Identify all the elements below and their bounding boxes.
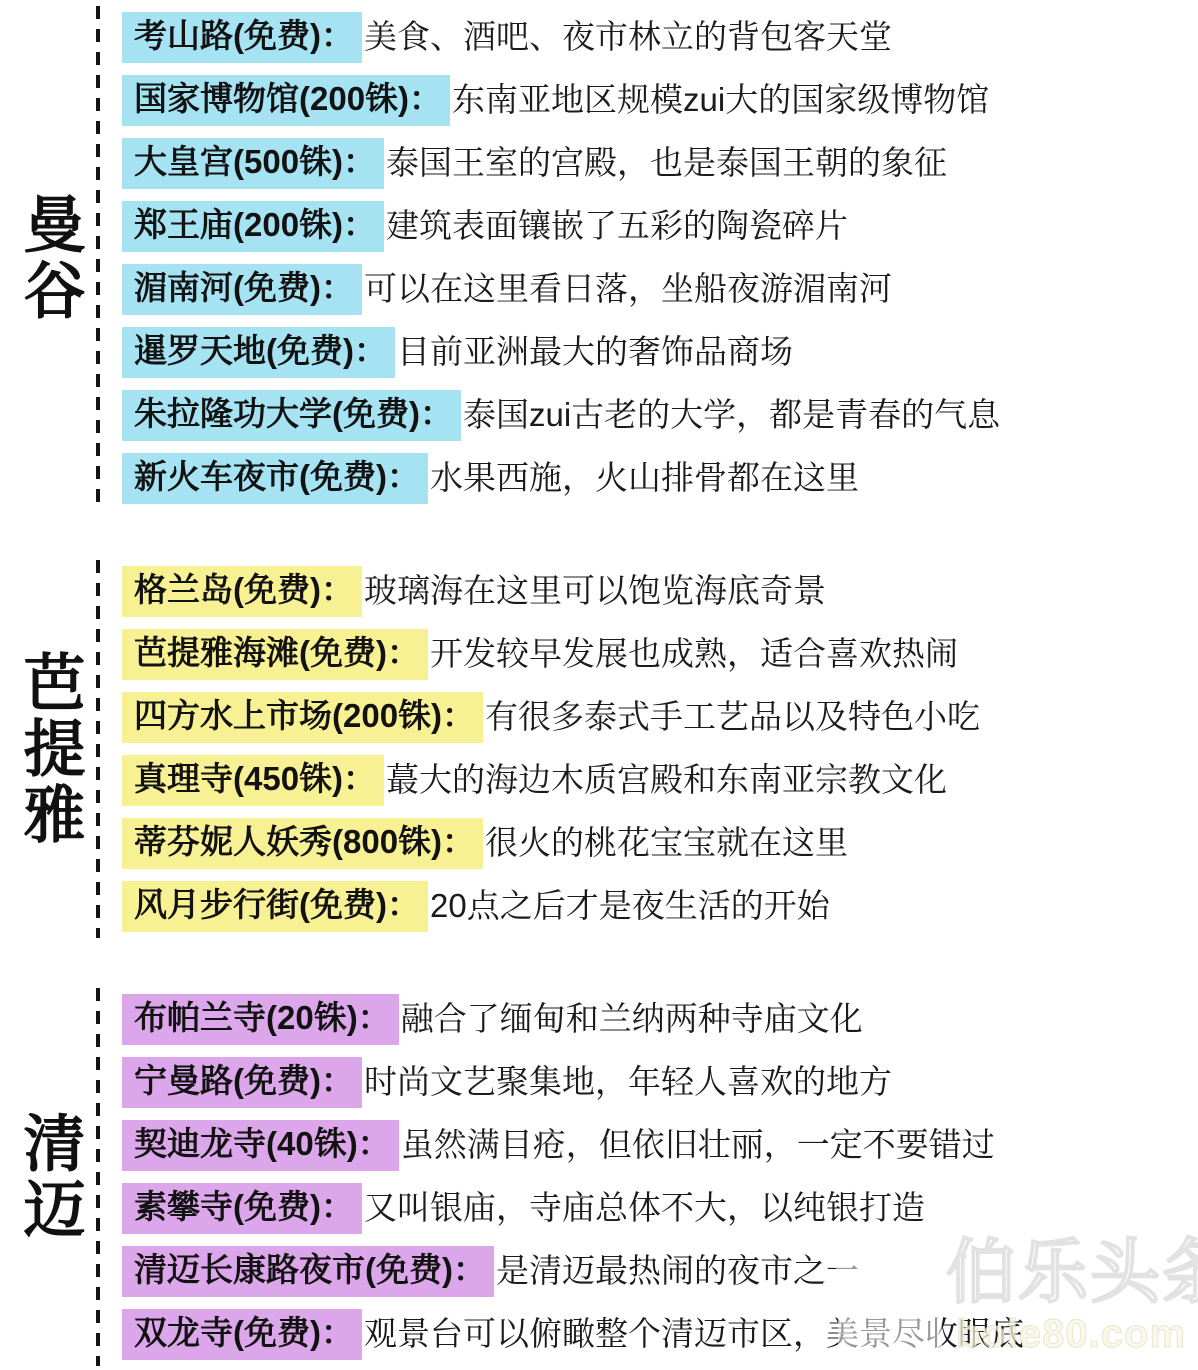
attraction-name: 朱拉隆功大学(免费)： xyxy=(122,390,461,440)
attraction-desc: 泰国zui古老的大学，都是青春的气息 xyxy=(463,397,1000,433)
attraction-desc: 水果西施，火山排骨都在这里 xyxy=(430,460,859,496)
city-section: 曼谷 考山路(免费)： 美食、酒吧、夜市林立的背包客天堂 国家博物馆(200铢)… xyxy=(0,6,1198,510)
attraction-name: 素攀寺(免费)： xyxy=(122,1183,362,1233)
attraction-item: 素攀寺(免费)： 又叫银庙，寺庙总体不大，以纯银打造 xyxy=(122,1177,1198,1240)
city-label: 芭提雅 xyxy=(17,650,79,848)
attraction-desc: 观景台可以俯瞰整个清迈市区，美景尽收眼底 xyxy=(364,1316,1024,1352)
sections-container: 曼谷 考山路(免费)： 美食、酒吧、夜市林立的背包客天堂 国家博物馆(200铢)… xyxy=(0,0,1198,1366)
city-label-column: 曼谷 xyxy=(0,6,96,510)
attraction-desc: 蕞大的海边木质宫殿和东南亚宗教文化 xyxy=(386,762,947,798)
attraction-name: 蒂芬妮人妖秀(800铢)： xyxy=(122,818,483,868)
attraction-name: 清迈长康路夜市(免费)： xyxy=(122,1246,494,1296)
attraction-name: 芭提雅海滩(免费)： xyxy=(122,629,428,679)
attraction-desc: 建筑表面镶嵌了五彩的陶瓷碎片 xyxy=(386,208,848,244)
attraction-desc: 美食、酒吧、夜市林立的背包客天堂 xyxy=(364,19,892,55)
attraction-desc: 虽然满目疮，但依旧壮丽，一定不要错过 xyxy=(401,1127,995,1163)
city-section: 芭提雅 格兰岛(免费)： 玻璃海在这里可以饱览海底奇景 芭提雅海滩(免费)： 开… xyxy=(0,560,1198,938)
attraction-item: 国家博物馆(200铢)： 东南亚地区规模zui大的国家级博物馆 xyxy=(122,69,1198,132)
city-label: 曼谷 xyxy=(17,192,79,324)
attraction-item: 蒂芬妮人妖秀(800铢)： 很火的桃花宝宝就在这里 xyxy=(122,812,1198,875)
attraction-item: 契迪龙寺(40铢)： 虽然满目疮，但依旧壮丽，一定不要错过 xyxy=(122,1114,1198,1177)
attraction-desc: 融合了缅甸和兰纳两种寺庙文化 xyxy=(401,1001,863,1037)
attraction-item: 芭提雅海滩(免费)： 开发较早发展也成熟，适合喜欢热闹 xyxy=(122,623,1198,686)
attraction-desc: 很火的桃花宝宝就在这里 xyxy=(485,825,848,861)
attraction-desc: 是清迈最热闹的夜市之一 xyxy=(496,1253,859,1289)
item-list: 考山路(免费)： 美食、酒吧、夜市林立的背包客天堂 国家博物馆(200铢)： 东… xyxy=(100,6,1198,510)
attraction-name: 大皇宫(500铢)： xyxy=(122,138,384,188)
attraction-item: 双龙寺(免费)： 观景台可以俯瞰整个清迈市区，美景尽收眼底 xyxy=(122,1303,1198,1366)
attraction-name: 郑王庙(200铢)： xyxy=(122,201,384,251)
attraction-item: 郑王庙(200铢)： 建筑表面镶嵌了五彩的陶瓷碎片 xyxy=(122,195,1198,258)
attraction-desc: 目前亚洲最大的奢饰品商场 xyxy=(397,334,793,370)
attraction-desc: 又叫银庙，寺庙总体不大，以纯银打造 xyxy=(364,1190,925,1226)
attraction-item: 宁曼路(免费)： 时尚文艺聚集地，年轻人喜欢的地方 xyxy=(122,1051,1198,1114)
city-section: 清迈 布帕兰寺(20铢)： 融合了缅甸和兰纳两种寺庙文化 宁曼路(免费)： 时尚… xyxy=(0,988,1198,1366)
attraction-item: 考山路(免费)： 美食、酒吧、夜市林立的背包客天堂 xyxy=(122,6,1198,69)
attraction-item: 暹罗天地(免费)： 目前亚洲最大的奢饰品商场 xyxy=(122,321,1198,384)
attraction-item: 风月步行街(免费)： 20点之后才是夜生活的开始 xyxy=(122,875,1198,938)
attraction-name: 国家博物馆(200铢)： xyxy=(122,75,450,125)
travel-infographic: 曼谷 考山路(免费)： 美食、酒吧、夜市林立的背包客天堂 国家博物馆(200铢)… xyxy=(0,0,1198,1370)
attraction-desc: 东南亚地区规模zui大的国家级博物馆 xyxy=(452,82,989,118)
attraction-name: 布帕兰寺(20铢)： xyxy=(122,994,399,1044)
attraction-item: 大皇宫(500铢)： 泰国王室的宫殿，也是泰国王朝的象征 xyxy=(122,132,1198,195)
attraction-name: 契迪龙寺(40铢)： xyxy=(122,1120,399,1170)
city-label-column: 清迈 xyxy=(0,988,96,1366)
attraction-desc: 泰国王室的宫殿，也是泰国王朝的象征 xyxy=(386,145,947,181)
attraction-item: 布帕兰寺(20铢)： 融合了缅甸和兰纳两种寺庙文化 xyxy=(122,988,1198,1051)
attraction-name: 风月步行街(免费)： xyxy=(122,881,428,931)
attraction-desc: 玻璃海在这里可以饱览海底奇景 xyxy=(364,573,826,609)
item-list: 格兰岛(免费)： 玻璃海在这里可以饱览海底奇景 芭提雅海滩(免费)： 开发较早发… xyxy=(100,560,1198,938)
city-label-column: 芭提雅 xyxy=(0,560,96,938)
attraction-name: 暹罗天地(免费)： xyxy=(122,327,395,377)
attraction-item: 湄南河(免费)： 可以在这里看日落，坐船夜游湄南河 xyxy=(122,258,1198,321)
attraction-name: 四方水上市场(200铢)： xyxy=(122,692,483,742)
attraction-item: 新火车夜市(免费)： 水果西施，火山排骨都在这里 xyxy=(122,447,1198,510)
attraction-name: 考山路(免费)： xyxy=(122,12,362,62)
attraction-desc: 时尚文艺聚集地，年轻人喜欢的地方 xyxy=(364,1064,892,1100)
attraction-name: 新火车夜市(免费)： xyxy=(122,453,428,503)
attraction-name: 格兰岛(免费)： xyxy=(122,566,362,616)
attraction-item: 清迈长康路夜市(免费)： 是清迈最热闹的夜市之一 xyxy=(122,1240,1198,1303)
attraction-item: 四方水上市场(200铢)： 有很多泰式手工艺品以及特色小吃 xyxy=(122,686,1198,749)
attraction-desc: 有很多泰式手工艺品以及特色小吃 xyxy=(485,699,980,735)
attraction-name: 真理寺(450铢)： xyxy=(122,755,384,805)
attraction-desc: 20点之后才是夜生活的开始 xyxy=(430,888,830,924)
item-list: 布帕兰寺(20铢)： 融合了缅甸和兰纳两种寺庙文化 宁曼路(免费)： 时尚文艺聚… xyxy=(100,988,1198,1366)
attraction-name: 湄南河(免费)： xyxy=(122,264,362,314)
attraction-name: 宁曼路(免费)： xyxy=(122,1057,362,1107)
attraction-item: 朱拉隆功大学(免费)： 泰国zui古老的大学，都是青春的气息 xyxy=(122,384,1198,447)
attraction-desc: 开发较早发展也成熟，适合喜欢热闹 xyxy=(430,636,958,672)
city-label: 清迈 xyxy=(17,1111,79,1243)
attraction-item: 真理寺(450铢)： 蕞大的海边木质宫殿和东南亚宗教文化 xyxy=(122,749,1198,812)
attraction-desc: 可以在这里看日落，坐船夜游湄南河 xyxy=(364,271,892,307)
attraction-name: 双龙寺(免费)： xyxy=(122,1309,362,1359)
attraction-item: 格兰岛(免费)： 玻璃海在这里可以饱览海底奇景 xyxy=(122,560,1198,623)
